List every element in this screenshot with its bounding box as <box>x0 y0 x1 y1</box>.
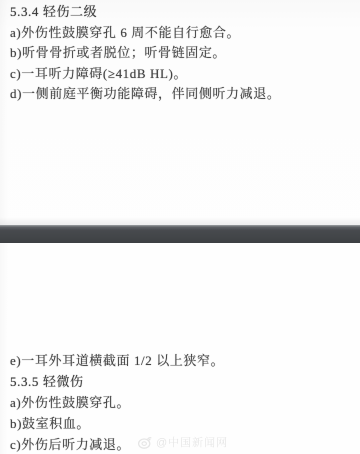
clause-b-top: b)听骨骨折或者脱位；听骨链固定。 <box>10 45 356 61</box>
clause-c-top: c)一耳听力障碍(≥41dB HL)。 <box>10 66 356 82</box>
document-photo: 5.3.4 轻伤二级 a)外伤性鼓膜穿孔 6 周不能自行愈合。 b)听骨骨折或者… <box>0 0 360 454</box>
clause-d-top: d)一侧前庭平衡功能障碍，伴同侧听力减退。 <box>10 86 356 102</box>
page-divider-band <box>0 225 360 243</box>
clause-a-top: a)外伤性鼓膜穿孔 6 周不能自行愈合。 <box>10 25 356 41</box>
clause-b-bottom: b)鼓室积血。 <box>10 416 356 432</box>
watermark-text: @中国新闻网 <box>156 434 228 450</box>
section-heading-5-3-5: 5.3.5 轻微伤 <box>10 374 356 390</box>
watermark: @中国新闻网 <box>138 434 228 450</box>
section-heading-5-3-4: 5.3.4 轻伤二级 <box>10 4 356 20</box>
clause-a-bottom: a)外伤性鼓膜穿孔。 <box>10 395 356 411</box>
weibo-logo-icon <box>138 436 152 449</box>
page-edge-shadow <box>0 217 360 225</box>
clause-e-bottom: e)一耳外耳道横截面 1/2 以上狭窄。 <box>10 353 356 369</box>
